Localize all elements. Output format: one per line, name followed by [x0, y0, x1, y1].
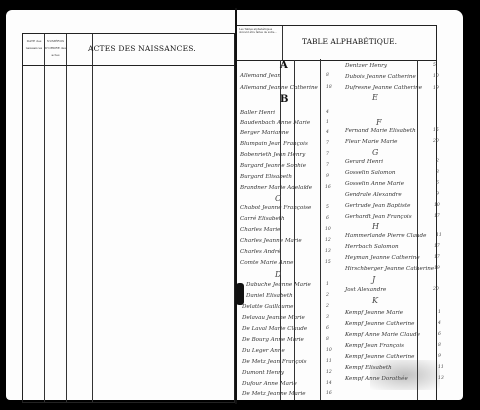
entry-number: 16 — [326, 391, 332, 396]
index-entry: Gendrale Alexandre — [345, 192, 402, 198]
entry-number: 6 — [438, 332, 441, 337]
index-entry: De Laval Marie Claude — [242, 326, 307, 332]
entry-number: 16 — [325, 185, 331, 190]
column-divider — [294, 60, 295, 400]
entry-number: 15 — [433, 128, 439, 133]
entry-number: 17 — [434, 255, 440, 260]
section-letter: E — [372, 93, 378, 102]
entry-number: 10 — [434, 203, 440, 208]
section-letter: B — [280, 94, 288, 105]
entry-number: 12 — [325, 238, 331, 243]
index-entry: Dabuche Jeanne Marie — [246, 282, 311, 288]
index-entry: Kempf Anne Marie Claude — [345, 332, 420, 338]
section-letter: C — [275, 194, 281, 203]
index-entry: De Bourg Anne Marie — [242, 337, 304, 343]
index-entry: Charles André — [240, 249, 281, 255]
entry-number: 20 — [433, 287, 439, 292]
entry-number: 9 — [436, 192, 439, 197]
index-entry: Kempf Jeanne Catherine — [345, 321, 414, 327]
entry-number: 17 — [434, 244, 440, 249]
entry-number: 8 — [326, 73, 329, 78]
section-letter: K — [372, 296, 378, 305]
entry-number: 4 — [438, 321, 441, 326]
section-letter: F — [376, 118, 382, 127]
entry-number: 6 — [326, 216, 329, 221]
entry-number: 8 — [326, 337, 329, 342]
entry-number: 9 — [326, 174, 329, 179]
entry-number: 6 — [436, 181, 439, 186]
index-entry: Allemand Jeanne Catherine — [240, 85, 318, 91]
entry-number: 7 — [326, 152, 329, 157]
entry-number: 2 — [326, 304, 329, 309]
index-title: TABLE ALPHABÉTIQUE. — [302, 37, 397, 46]
column-divider — [44, 34, 45, 402]
column-header-number: NUMÉROS D'ORDRE des actes — [45, 38, 66, 59]
entry-number: 9 — [438, 354, 441, 359]
index-entry: Daniel Elisabeth — [246, 293, 293, 299]
index-entry: Baudenbach Anne Marie — [240, 120, 310, 126]
index-entry: Dubois Jeanne Catherine — [345, 74, 416, 80]
index-entry: Delatte Guillaume — [242, 304, 294, 310]
births-register-table: DATE des naissances NUMÉROS D'ORDRE des … — [22, 33, 235, 403]
index-entry: Allemand Jean — [240, 73, 281, 79]
index-entry: Du Leger Anne — [242, 348, 285, 354]
entry-number: 10 — [326, 348, 332, 353]
index-entry: Baller Henri — [240, 110, 275, 116]
entry-number: 1 — [438, 310, 441, 315]
index-entry: Berger Marianne — [240, 130, 289, 136]
index-entry: Blumpain Jean François — [240, 141, 308, 147]
entry-number: 10 — [325, 227, 331, 232]
entry-number: 4 — [326, 110, 329, 115]
entry-number: 7 — [326, 141, 329, 146]
entry-number: 11 — [436, 233, 442, 238]
index-entry: Brandner Marie Adelaïde — [240, 185, 312, 191]
column-divider — [320, 59, 321, 400]
index-entry: Dufresne Jeanne Catherine — [345, 85, 422, 91]
births-title: ACTES DES NAISSANCES. — [88, 44, 196, 53]
index-entry: Delavau Jeanne Marie — [242, 315, 305, 321]
index-entry: Kempf Jean François — [345, 343, 404, 349]
entry-number: 3 — [436, 170, 439, 175]
index-entry: Chabot Jeanne Françoise — [240, 205, 311, 211]
note-divider — [282, 26, 283, 60]
section-letter: H — [372, 222, 379, 231]
index-entry: Hirschberger Jeanne Catherine — [345, 266, 434, 272]
index-entry: Fernand Marie Elisabeth — [345, 128, 416, 134]
entry-number: 6 — [326, 326, 329, 331]
index-entry: Gosselin Salomon — [345, 170, 395, 176]
entry-number: 5 — [433, 63, 436, 68]
entry-number: 11 — [326, 359, 332, 364]
column-divider — [66, 34, 67, 402]
entry-number: 10 — [433, 74, 439, 79]
entry-number: 19 — [434, 266, 440, 271]
index-entry: Comte Marie Anne — [240, 260, 293, 266]
index-entry: Gerhardt Jean François — [345, 214, 412, 220]
entry-number: 13 — [325, 249, 331, 254]
entry-number: 14 — [326, 381, 332, 386]
column-divider — [92, 34, 93, 402]
index-entry: Charles Jeanne Marie — [240, 238, 302, 244]
index-entry: Gertrude Jean Baptiste — [345, 203, 410, 209]
index-entry: Heyman Jeanne Catherine — [345, 255, 420, 261]
index-entry: Charles Marie — [240, 227, 280, 233]
index-entry: Gerard Henri — [345, 159, 383, 165]
index-entry: De Metz Jean François — [242, 359, 307, 365]
entry-number: 1 — [326, 282, 329, 287]
entry-number: 15 — [325, 260, 331, 265]
entry-number: 12 — [326, 370, 332, 375]
index-entry: Hammerlande Pierre Claude — [345, 233, 426, 239]
section-letter: D — [275, 270, 281, 279]
index-entry: Jost Alexandre — [345, 287, 386, 293]
entry-number: 2 — [326, 293, 329, 298]
index-entry: Burgard Elisabeth — [240, 174, 292, 180]
index-entry: Carré Elisabeth — [240, 216, 285, 222]
header-note: Les Tables alphabétiques doivent être fa… — [239, 28, 277, 34]
alphabetical-index-table: Les Tables alphabétiques doivent être fa… — [237, 25, 437, 400]
entry-number: 2 — [436, 159, 439, 164]
entry-number: 8 — [438, 343, 441, 348]
entry-number: 1 — [326, 120, 329, 125]
header-rule — [23, 65, 234, 66]
index-entry: Burgard Jeanne Sophie — [240, 163, 306, 169]
section-letter: J — [372, 275, 375, 284]
entry-number: 19 — [433, 86, 439, 91]
index-entry: Dufour Anne Marie — [242, 381, 297, 387]
index-entry: Dumont Henry — [242, 370, 284, 376]
entry-number: 17 — [434, 214, 440, 219]
index-entry: Kempf Jeanne Marie — [345, 310, 403, 316]
entry-number: 20 — [433, 139, 439, 144]
page-stain — [370, 360, 440, 390]
header-rule — [237, 60, 436, 61]
entry-number: 4 — [326, 130, 329, 135]
entry-number: 18 — [326, 85, 332, 90]
entry-number: 3 — [326, 315, 329, 320]
section-letter: G — [372, 148, 378, 157]
column-divider — [417, 60, 418, 400]
ink-blot — [236, 283, 244, 305]
index-entry: Dentzer Henry — [345, 63, 387, 69]
index-entry: Gosselin Anne Marie — [345, 181, 404, 187]
entry-number: 7 — [326, 163, 329, 168]
column-header-date: DATE des naissances — [24, 38, 44, 52]
index-entry: Bobenrieth Jean Henry — [240, 152, 305, 158]
section-letter: A — [280, 60, 288, 71]
entry-number: 5 — [326, 205, 329, 210]
index-entry: De Metz Jeanne Marie — [242, 391, 306, 397]
index-entry: Fleur Marie Marie — [345, 139, 398, 145]
index-entry: Herrbach Salomon — [345, 244, 399, 250]
